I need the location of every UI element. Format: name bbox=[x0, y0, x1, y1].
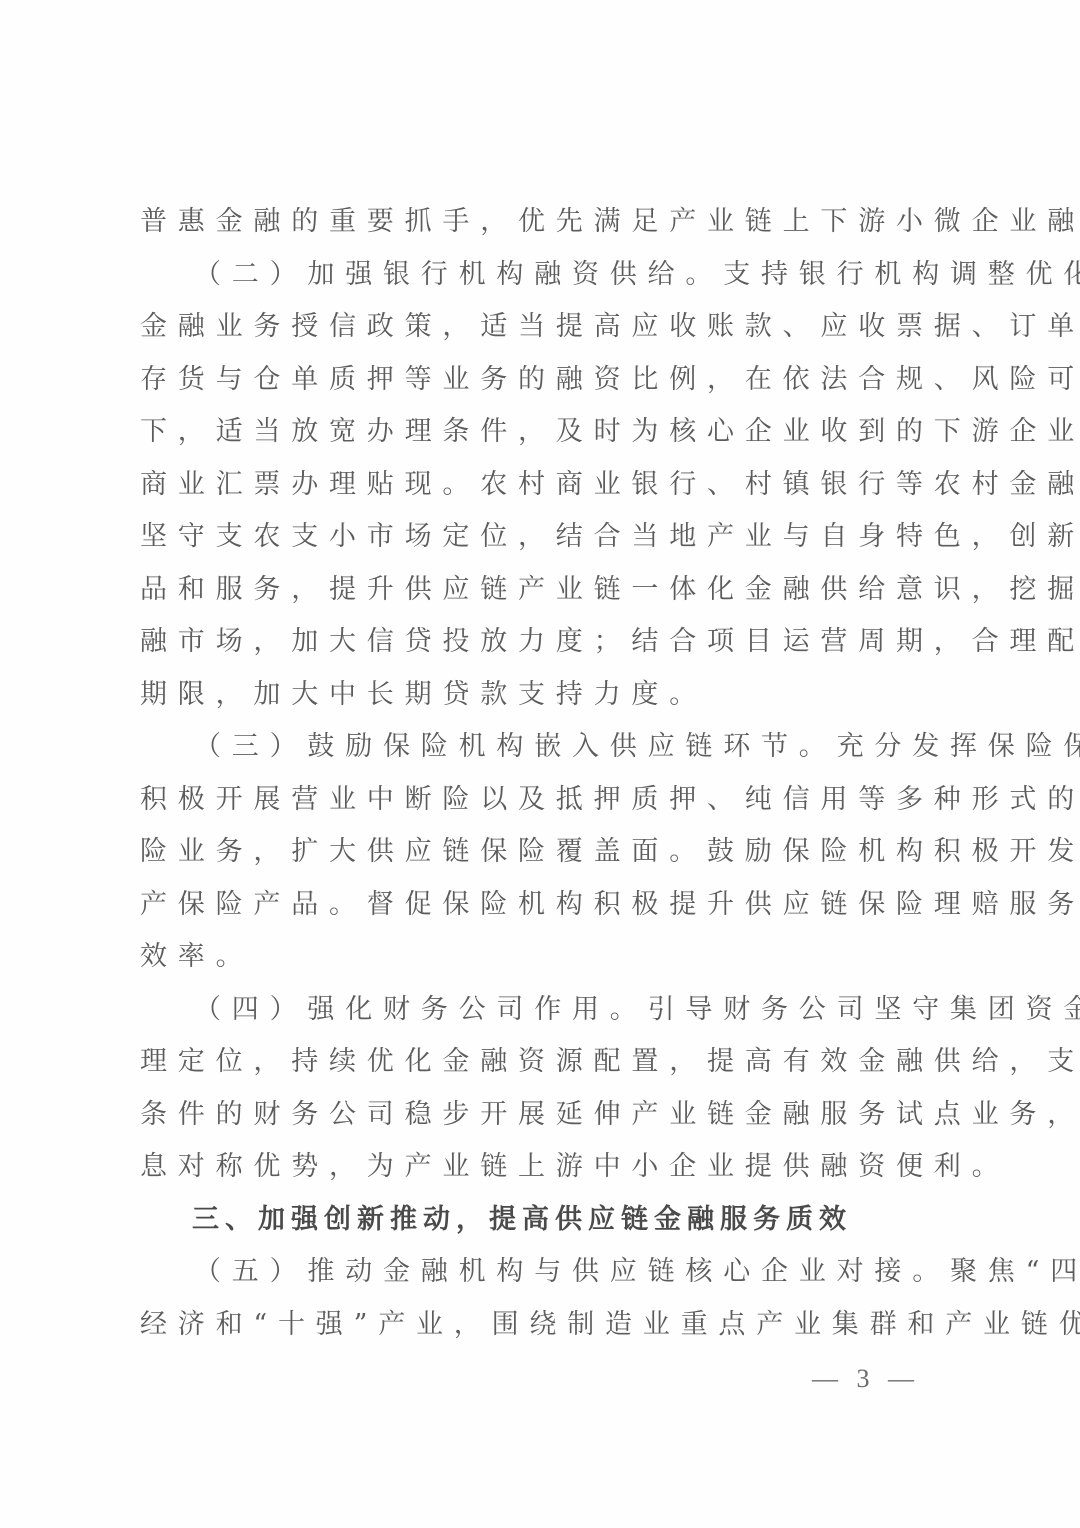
chapter-3-heading: 三、加强创新推动，提高供应链金融服务质效 bbox=[140, 1194, 940, 1247]
section-3-heading-line: （三）鼓励保险机构嵌入供应链环节。充分发挥保险保障作用， bbox=[140, 721, 940, 774]
paragraph-line: 期限，加大中长期贷款支持力度。 bbox=[140, 669, 940, 722]
paragraph-line: 融市场，加大信贷投放力度；结合项目运营周期，合理配置信贷 bbox=[140, 616, 940, 669]
paragraph-line: 息对称优势，为产业链上游中小企业提供融资便利。 bbox=[140, 1141, 940, 1194]
paragraph-line: 存货与仓单质押等业务的融资比例，在依法合规、风险可控前提 bbox=[140, 354, 940, 407]
paragraph-line: 条件的财务公司稳步开展延伸产业链金融服务试点业务，发挥信 bbox=[140, 1089, 940, 1142]
paragraph-line: 金融业务授信政策，适当提高应收账款、应收票据、订单融资、 bbox=[140, 301, 940, 354]
section-4-heading-line: （四）强化财务公司作用。引导财务公司坚守集团资金集中管 bbox=[140, 984, 940, 1037]
paragraph-line: 品和服务，提升供应链产业链一体化金融供给意识，挖掘县域金 bbox=[140, 564, 940, 617]
paragraph-line: 理定位，持续优化金融资源配置，提高有效金融供给，支持符合 bbox=[140, 1036, 940, 1089]
paragraph-line: 积极开展营业中断险以及抵押质押、纯信用等多种形式的保证保 bbox=[140, 774, 940, 827]
document-page: 普惠金融的重要抓手，优先满足产业链上下游小微企业融资需求。 （二）加强银行机构融… bbox=[0, 0, 1080, 1528]
paragraph-line: 效率。 bbox=[140, 931, 940, 984]
paragraph-line: 产保险产品。督促保险机构积极提升供应链保险理赔服务质量和 bbox=[140, 879, 940, 932]
document-body: 普惠金融的重要抓手，优先满足产业链上下游小微企业融资需求。 （二）加强银行机构融… bbox=[140, 196, 940, 1351]
paragraph-line: 险业务，扩大供应链保险覆盖面。鼓励保险机构积极开发仓单财 bbox=[140, 826, 940, 879]
paragraph-line: 坚守支农支小市场定位，结合当地产业与自身特色，创新金融产 bbox=[140, 511, 940, 564]
paragraph-line: 经济和“十强”产业，围绕制造业重点产业集群和产业链优选核 bbox=[140, 1299, 940, 1352]
page-number: — 3 — bbox=[812, 1364, 920, 1394]
section-5-heading-line: （五）推动金融机构与供应链核心企业对接。聚焦“四新” bbox=[140, 1246, 940, 1299]
paragraph-line: 商业汇票办理贴现。农村商业银行、村镇银行等农村金融机构要 bbox=[140, 459, 940, 512]
paragraph-line: 下，适当放宽办理条件，及时为核心企业收到的下游企业支付的 bbox=[140, 406, 940, 459]
paragraph-line: 普惠金融的重要抓手，优先满足产业链上下游小微企业融资需求。 bbox=[140, 196, 940, 249]
section-2-heading-line: （二）加强银行机构融资供给。支持银行机构调整优化供应链 bbox=[140, 249, 940, 302]
